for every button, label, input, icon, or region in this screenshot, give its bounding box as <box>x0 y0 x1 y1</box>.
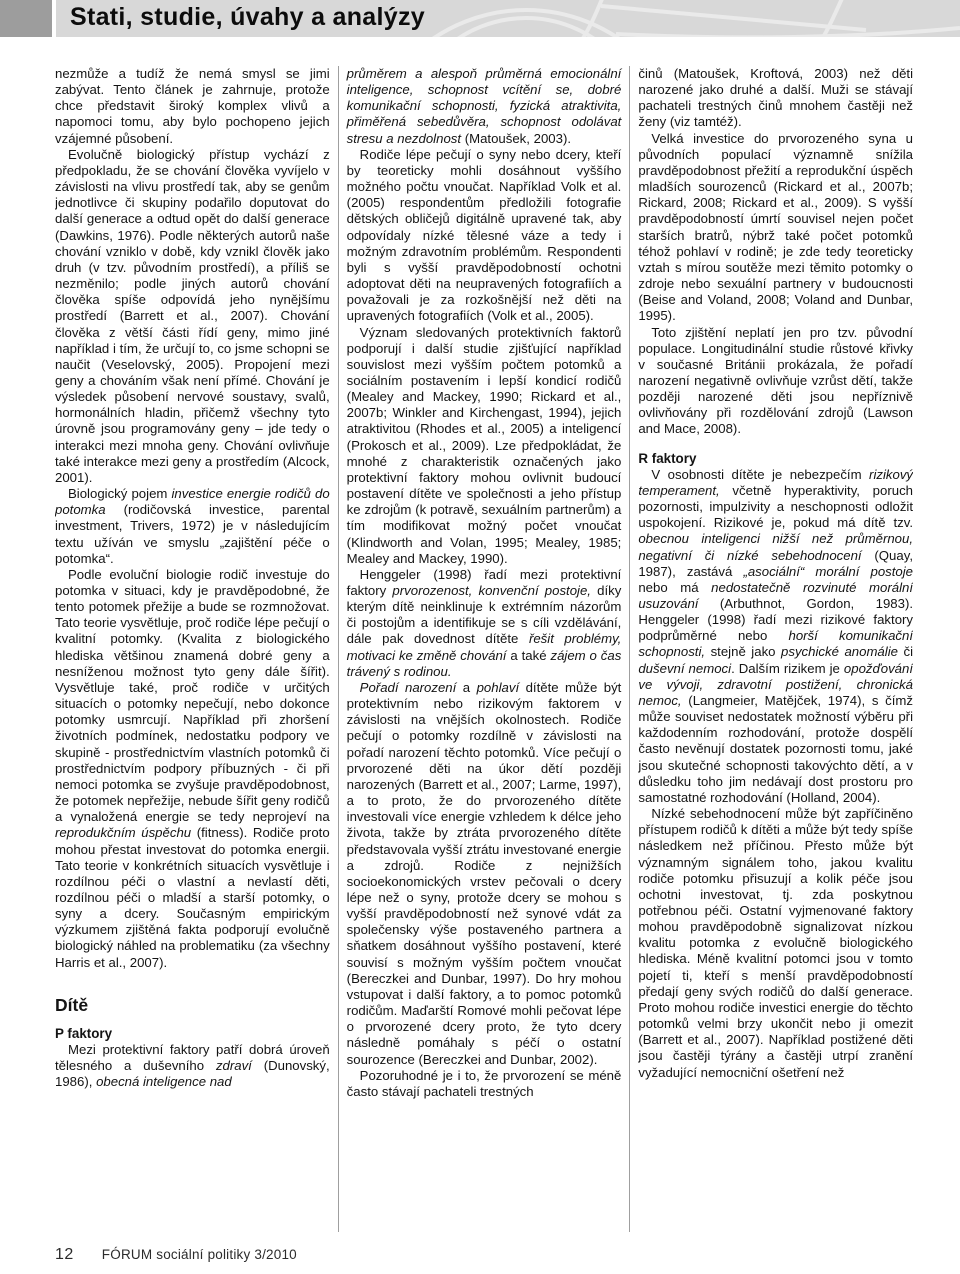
paragraph: nezmůže a tudíž že nemá smysl se jimi za… <box>55 66 330 147</box>
article-body: nezmůže a tudíž že nemá smysl se jimi za… <box>55 66 913 1232</box>
text-column-3: činů (Matoušek, Kroftová, 2003) než děti… <box>629 66 913 1232</box>
paragraph: Mezi protektivní faktory patří dobrá úro… <box>55 1042 330 1090</box>
section-heading: Dítě <box>55 997 330 1013</box>
paragraph: Henggeler (1998) řadí mezi protektivní f… <box>347 567 622 680</box>
subsection-heading: R faktory <box>638 451 913 467</box>
journal-page: Stati, studie, úvahy a analýzy nezmůže a… <box>0 0 960 1274</box>
paragraph: Nízké sebehodnocení může být zapříčiněno… <box>638 806 913 1081</box>
header-bar: Stati, studie, úvahy a analýzy <box>56 0 960 37</box>
page-header: Stati, studie, úvahy a analýzy <box>0 0 960 38</box>
paragraph: průměrem a alespoň průměrná emocionální … <box>347 66 622 147</box>
page-number: 12 <box>55 1246 74 1264</box>
paragraph: Pořadí narození a pohlaví dítěte může bý… <box>347 680 622 1068</box>
header-accent-square <box>0 0 52 37</box>
text-column-1: nezmůže a tudíž že nemá smysl se jimi za… <box>55 66 338 1232</box>
paragraph: Pozoruhodné je i to, že prvorození se mé… <box>347 1068 622 1100</box>
paragraph: Toto zjištění neplatí jen pro tzv. původ… <box>638 325 913 438</box>
page-title: Stati, studie, úvahy a analýzy <box>70 3 425 32</box>
paragraph: Biologický pojem investice energie rodič… <box>55 486 330 567</box>
paragraph: činů (Matoušek, Kroftová, 2003) než děti… <box>638 66 913 131</box>
page-footer: 12 FÓRUM sociální politiky 3/2010 <box>55 1246 297 1264</box>
paragraph: Rodiče lépe pečují o syny nebo dcery, kt… <box>347 147 622 325</box>
subsection-heading: P faktory <box>55 1026 330 1042</box>
paragraph: Velká investice do prvorozeného syna u p… <box>638 131 913 325</box>
journal-title: FÓRUM sociální politiky 3/2010 <box>102 1247 297 1262</box>
paragraph: Význam sledovaných protektivních faktorů… <box>347 325 622 567</box>
paragraph: Podle evoluční biologie rodič investuje … <box>55 567 330 971</box>
text-column-2: průměrem a alespoň průměrná emocionální … <box>338 66 630 1232</box>
paragraph: V osobnosti dítěte je nebezpečím rizikov… <box>638 467 913 806</box>
paragraph: Evolučně biologický přístup vychází z př… <box>55 147 330 486</box>
